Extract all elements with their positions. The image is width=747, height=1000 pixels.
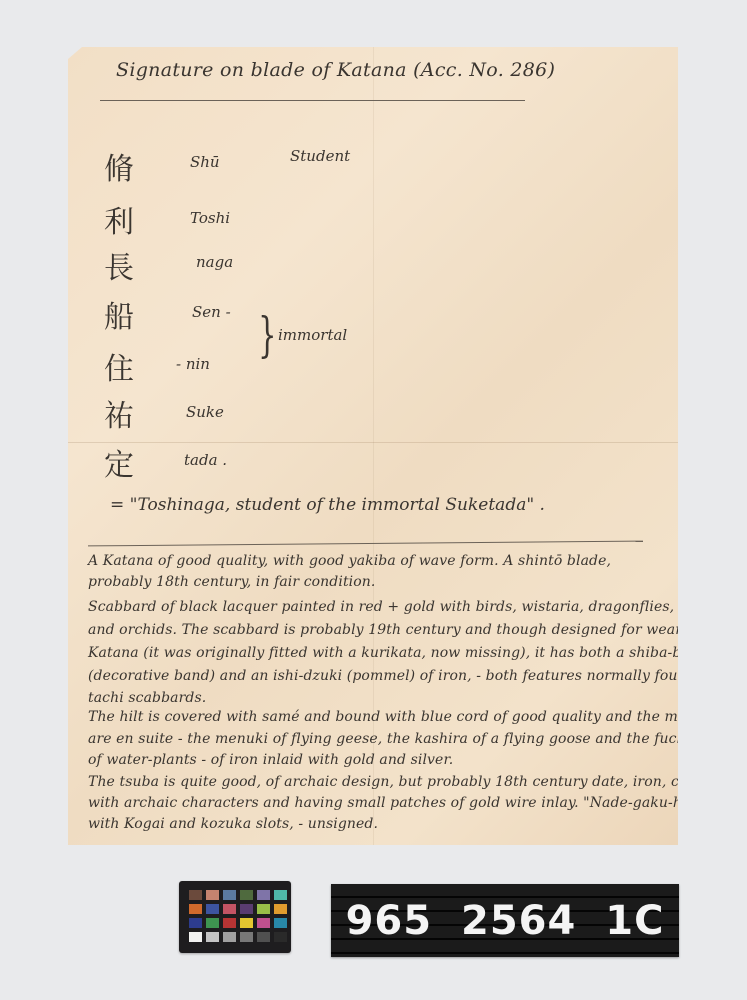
reading-text: Shū — [190, 153, 220, 171]
reading-text: naga — [196, 253, 233, 271]
description-line: and orchids. The scabbard is probably 19… — [88, 622, 715, 638]
color-swatch — [189, 890, 202, 900]
color-swatch — [257, 918, 270, 928]
description-line: of water-plants - of iron inlaid with go… — [88, 752, 453, 768]
color-swatch — [240, 904, 253, 914]
handwritten-document: Signature on blade of Katana (Acc. No. 2… — [68, 47, 678, 845]
description-line: The tsuba is quite good, of archaic desi… — [88, 774, 747, 790]
reading-text: Suke — [186, 403, 224, 421]
section-divider — [88, 541, 643, 547]
kanji-char: 船 — [104, 292, 134, 336]
kanji-char: 利 — [104, 197, 134, 241]
color-swatch — [189, 932, 202, 942]
description-line: tachi scabbards. — [88, 690, 206, 706]
color-swatch — [206, 918, 219, 928]
brace-mark: } — [258, 307, 276, 363]
color-swatch — [189, 904, 202, 914]
description-line: are en suite - the menuki of flying gees… — [88, 731, 690, 747]
color-swatch — [257, 890, 270, 900]
color-swatch — [206, 890, 219, 900]
color-swatch — [206, 904, 219, 914]
color-swatch — [240, 932, 253, 942]
color-swatch — [206, 932, 219, 942]
color-swatch — [223, 904, 236, 914]
reading-note: Student — [290, 147, 350, 165]
kanji-char: 定 — [104, 440, 134, 484]
reading-text: Sen - — [192, 303, 231, 321]
description-line: with archaic characters and having small… — [88, 795, 747, 811]
kanji-char: 脩 — [104, 144, 134, 188]
translation-text: = "Toshinaga, student of the immortal Su… — [110, 495, 545, 515]
fold-crease — [373, 47, 374, 845]
description-line: A Katana of good quality, with good yaki… — [88, 553, 611, 569]
brace-note: immortal — [278, 326, 347, 344]
document-title: Signature on blade of Katana (Acc. No. 2… — [116, 59, 555, 81]
color-swatch — [274, 890, 287, 900]
kanji-char: 祐 — [104, 391, 134, 435]
color-swatch — [223, 932, 236, 942]
color-swatch — [274, 932, 287, 942]
description-line: Scabbard of black lacquer painted in red… — [88, 599, 728, 615]
description-line: probably 18th century, in fair condition… — [88, 574, 375, 590]
kanji-char: 住 — [104, 344, 134, 388]
reading-text: Toshi — [190, 209, 230, 227]
description-line: The hilt is covered with samé and bound … — [88, 709, 718, 725]
color-swatch — [223, 890, 236, 900]
color-swatch — [189, 918, 202, 928]
description-line: Katana (it was originally fitted with a … — [88, 645, 699, 661]
catalog-number-label: 965 2564 1C — [331, 884, 679, 957]
catalog-number-text: 965 2564 1C — [331, 898, 679, 944]
reading-text: tada . — [184, 451, 227, 469]
reading-text: - nin — [176, 355, 210, 373]
color-swatch — [240, 890, 253, 900]
kanji-char: 長 — [104, 243, 134, 287]
description-line: with Kogai and kozuka slots, - unsigned. — [88, 816, 378, 832]
color-swatch — [257, 904, 270, 914]
color-calibration-card — [179, 881, 291, 953]
color-swatch — [240, 918, 253, 928]
color-swatch — [274, 904, 287, 914]
color-swatch — [274, 918, 287, 928]
color-swatch — [223, 918, 236, 928]
title-underline — [100, 100, 525, 101]
color-swatch — [257, 932, 270, 942]
description-line: (decorative band) and an ishi-dzuki (pom… — [88, 668, 718, 684]
